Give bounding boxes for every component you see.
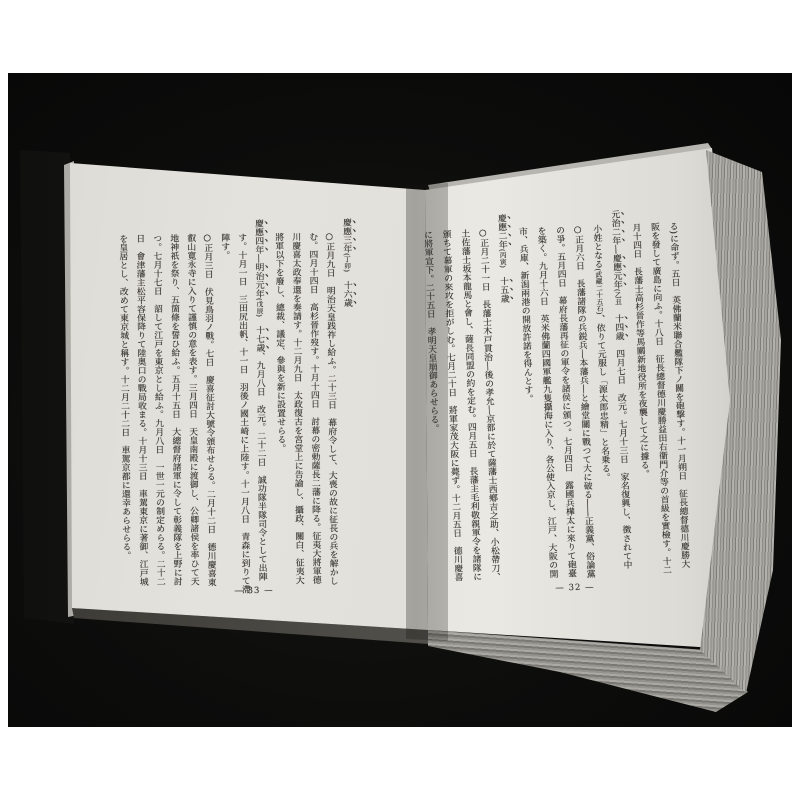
- era-heading-text: 十四歳: [613, 314, 624, 341]
- body-text: 地神祇を祭り、五箇條を誓ひ給ふ。五月十五日 大總督府諸軍に令して彰義隊を上野に討: [168, 234, 182, 586]
- inline-note-text: (武藏二十五石): [594, 268, 604, 314]
- body-text: [254, 317, 264, 326]
- era-heading-text: 十六歳: [342, 281, 352, 308]
- body-text: 川慶喜太政奉還を奏請す。十二月九日 太政復古を宮堂上に告諭し、攝政、關白、征夷大: [290, 232, 304, 584]
- text-column: 慶應三年(丁卯) 十六歳: [337, 218, 361, 594]
- body-text: む。四月十四日 高杉晉作歿す。十月十四日 討幕の密勅薩長二藩に降る。征夷大將軍德: [307, 232, 321, 584]
- body-text: す。十月一日 三田尻出帆、十一日 羽後ノ國土崎に上陸す。十一月八日 青森に到りて…: [236, 233, 250, 594]
- body-text: 小姓となる: [591, 224, 603, 268]
- page-number-right: — 32 —: [543, 582, 607, 593]
- page-number-left: — 33 —: [222, 586, 286, 597]
- inline-note-text: (丁卯): [342, 253, 350, 272]
- body-text: を皇居とし、改めて東京城と稱す。十二月二十二日 車駕京都に還幸あらせらる。: [117, 234, 130, 560]
- book-photograph: 慶應三年(丁卯) 十六歳○正月九日 明治天皇践祚し給ふ。二十三日 幕府令して、大…: [8, 73, 792, 727]
- body-text: 陣す。: [219, 233, 229, 260]
- left-page-text: 慶應三年(丁卯) 十六歳○正月九日 明治天皇践祚し給ふ。二十三日 幕府令して、大…: [119, 218, 361, 596]
- body-text: 將軍以下を廢し、總裁、議定、參與を新に設置せらる。: [273, 233, 285, 453]
- era-heading-text: 元治二年―慶應元年: [609, 210, 622, 290]
- body-text: 四月七日 改元。七月十三日 家名復興し、徴されて中: [614, 340, 632, 569]
- era-heading-text: 慶應三年: [341, 218, 351, 253]
- text-column: 慶應四年―明治元年(戊辰) 十七歳、九月八日 改元。二十二日 誠功隊半隊司令とし…: [249, 219, 273, 595]
- body-text: ○正月九日 明治天皇践祚し給ふ。二十三日 幕府令して、大喪の故に征長の兵を解かし: [324, 232, 338, 585]
- body-text: つ。七月十七日 詔して江戸を東京とし給ふ。九月八日 一世一元の制定めらる。二十二: [151, 234, 165, 586]
- era-heading-text: 慶應四年―明治元年: [253, 219, 264, 298]
- body-text: 、依りて元服し「源太郎忠精」と名乗る。: [594, 314, 610, 481]
- era-heading-text: 十五歳: [498, 276, 509, 303]
- body-text: に將軍宣下。二十五日 孝明天皇崩御あらせらる。: [422, 230, 439, 433]
- era-heading-text: 十七歳: [254, 326, 264, 353]
- body-text: [498, 268, 508, 277]
- body-text: 市、兵庫、新潟兩港の開放許諾を得んとす。: [517, 227, 533, 403]
- body-text: 叡山寛永寺に入りて謹慎の意を表す。三月四日 天皇南殿に渡御し、公卿諸侯を率ひて天: [185, 233, 199, 585]
- body-text: 日 會津藩主松平容保降りて陸奥口の戰局收まる。十月十三日 車駕東京に著御、江戸城: [134, 234, 148, 586]
- body-text: [342, 272, 352, 281]
- right-page-text: る)に命ず。五日 英佛蘭米聯合艦隊下ノ關を砲撃す。十一月朔日 征長總督德川慶勝大…: [421, 207, 694, 600]
- body-text: 、九月八日 改元。二十二日 誠功隊半隊司令として出陣: [254, 352, 266, 581]
- inline-note-text: (戊辰): [255, 298, 263, 317]
- inline-note-text: (丙寅): [498, 249, 507, 268]
- body-text: ○正月三日 伏見鳥羽ノ戰。七日 慶喜征討大號令頒布せらる。二月十二日 德川慶喜東: [202, 233, 216, 586]
- era-heading-text: 慶應二年: [496, 214, 507, 250]
- inline-note-text: (乙丑: [613, 289, 622, 306]
